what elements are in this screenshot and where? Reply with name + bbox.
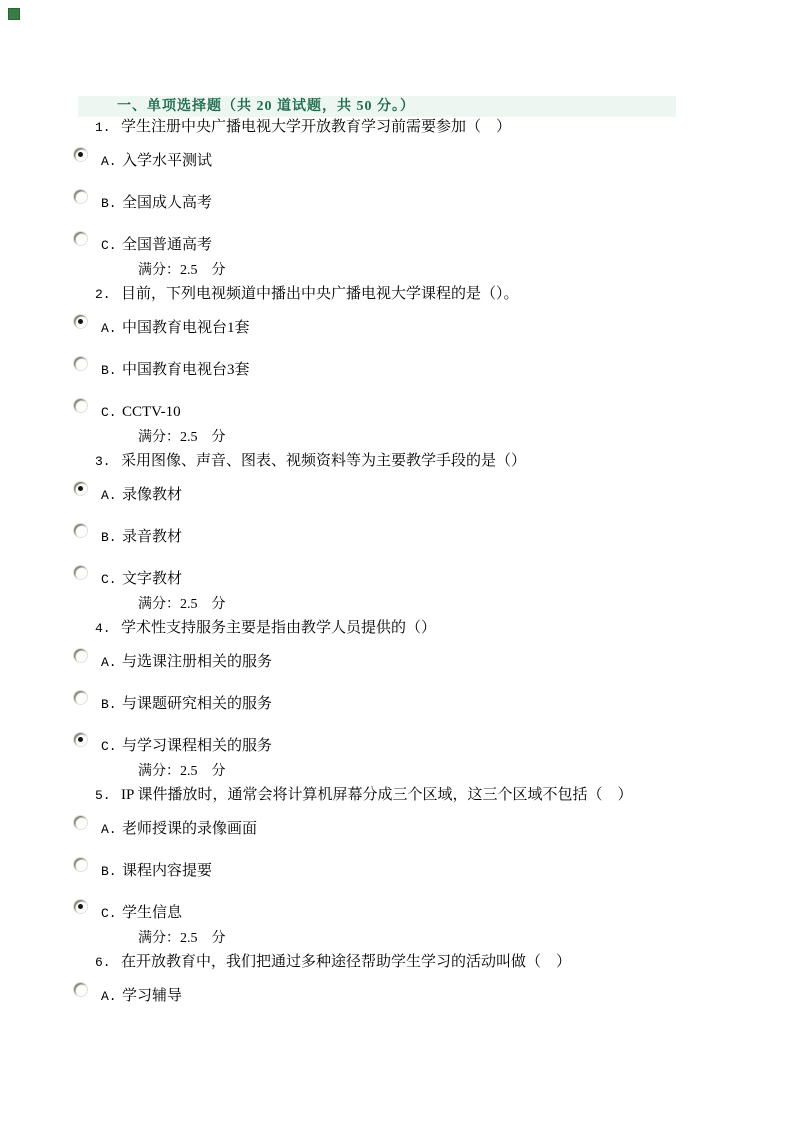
question-number: 6. — [95, 954, 121, 971]
radio-button[interactable] — [74, 190, 87, 203]
question-text: 采用图像、声音、图表、视频资料等为主要教学手段的是（） — [121, 453, 526, 469]
radio-button[interactable] — [74, 733, 87, 746]
question-block: 2.目前，下列电视频道中播出中央广播电视大学课程的是（）。 A.中国教育电视台1… — [0, 286, 794, 446]
option-text: 课程内容提要 — [122, 863, 212, 879]
option-row: C.学生信息 — [0, 905, 794, 922]
document-page: 一、单项选择题（共 20 道试题，共 50 分。） 1.学生注册中央广播电视大学… — [0, 0, 794, 1123]
score-line: 满分：2.5 分 — [0, 430, 794, 446]
question-list: 1.学生注册中央广播电视大学开放教育学习前需要参加（ ） A.入学水平测试 B.… — [0, 119, 794, 1012]
option-text: 全国成人高考 — [122, 195, 212, 211]
option-row: B.全国成人高考 — [0, 195, 794, 212]
option-text: 与课题研究相关的服务 — [122, 696, 272, 712]
radio-button[interactable] — [74, 232, 87, 245]
radio-button[interactable] — [74, 482, 87, 495]
question-text: 学生注册中央广播电视大学开放教育学习前需要参加（ ） — [121, 119, 511, 135]
option-letter: B. — [101, 696, 122, 713]
option-text: 与学习课程相关的服务 — [122, 738, 272, 754]
question-block: 3.采用图像、声音、图表、视频资料等为主要教学手段的是（） A.录像教材 B.录… — [0, 453, 794, 613]
question: 3.采用图像、声音、图表、视频资料等为主要教学手段的是（） — [0, 453, 794, 470]
option-row: C.文字教材 — [0, 571, 794, 588]
option-text: 录像教材 — [122, 487, 182, 503]
option-letter: A. — [101, 487, 122, 504]
question-number: 1. — [95, 119, 121, 136]
option-letter: A. — [101, 153, 122, 170]
option-row: C.CCTV-10 — [0, 404, 794, 421]
option-row: A.学习辅导 — [0, 988, 794, 1005]
option-letter: B. — [101, 362, 122, 379]
option-row: A.录像教材 — [0, 487, 794, 504]
option-letter: B. — [101, 863, 122, 880]
question-text: 目前，下列电视频道中播出中央广播电视大学课程的是（）。 — [121, 286, 519, 302]
question-text: 学术性支持服务主要是指由教学人员提供的（） — [121, 620, 436, 636]
option-letter: C. — [101, 404, 122, 421]
question-number: 5. — [95, 787, 121, 804]
option-text: CCTV-10 — [122, 404, 181, 420]
question-number: 4. — [95, 620, 121, 637]
score-line: 满分：2.5 分 — [0, 764, 794, 780]
option-row: C.全国普通高考 — [0, 237, 794, 254]
score-line: 满分：2.5 分 — [0, 931, 794, 947]
option-text: 中国教育电视台1套 — [122, 320, 250, 336]
radio-button[interactable] — [74, 900, 87, 913]
question-block: 4.学术性支持服务主要是指由教学人员提供的（） A.与选课注册相关的服务 B.与… — [0, 620, 794, 780]
question: 6.在开放教育中，我们把通过多种途径帮助学生学习的活动叫做（ ） — [0, 954, 794, 971]
green-marker-icon — [8, 8, 20, 20]
option-letter: C. — [101, 237, 122, 254]
question: 2.目前，下列电视频道中播出中央广播电视大学课程的是（）。 — [0, 286, 794, 303]
question: 1.学生注册中央广播电视大学开放教育学习前需要参加（ ） — [0, 119, 794, 136]
option-letter: A. — [101, 654, 122, 671]
radio-button[interactable] — [74, 566, 87, 579]
radio-button[interactable] — [74, 524, 87, 537]
question: 4.学术性支持服务主要是指由教学人员提供的（） — [0, 620, 794, 637]
option-text: 老师授课的录像画面 — [122, 821, 257, 837]
option-row: B.与课题研究相关的服务 — [0, 696, 794, 713]
radio-button[interactable] — [74, 983, 87, 996]
option-text: 文字教材 — [122, 571, 182, 587]
option-text: 入学水平测试 — [122, 153, 212, 169]
option-letter: A. — [101, 988, 122, 1005]
option-letter: C. — [101, 738, 122, 755]
option-text: 录音教材 — [122, 529, 182, 545]
option-text: 全国普通高考 — [122, 237, 212, 253]
radio-button[interactable] — [74, 148, 87, 161]
question: 5.IP 课件播放时，通常会将计算机屏幕分成三个区域，这三个区域不包括（ ） — [0, 787, 794, 804]
option-letter: C. — [101, 571, 122, 588]
score-line: 满分：2.5 分 — [0, 597, 794, 613]
section-header: 一、单项选择题（共 20 道试题，共 50 分。） — [78, 96, 676, 117]
option-text: 学生信息 — [122, 905, 182, 921]
question-block: 6.在开放教育中，我们把通过多种途径帮助学生学习的活动叫做（ ） A.学习辅导 — [0, 954, 794, 1005]
radio-button[interactable] — [74, 858, 87, 871]
option-letter: C. — [101, 905, 122, 922]
option-row: B.录音教材 — [0, 529, 794, 546]
option-text: 与选课注册相关的服务 — [122, 654, 272, 670]
option-text: 中国教育电视台3套 — [122, 362, 250, 378]
question-number: 3. — [95, 453, 121, 470]
option-letter: A. — [101, 320, 122, 337]
option-text: 学习辅导 — [122, 988, 182, 1004]
question-block: 5.IP 课件播放时，通常会将计算机屏幕分成三个区域，这三个区域不包括（ ） A… — [0, 787, 794, 947]
question-text: 在开放教育中，我们把通过多种途径帮助学生学习的活动叫做（ ） — [121, 954, 571, 970]
radio-button[interactable] — [74, 399, 87, 412]
radio-button[interactable] — [74, 315, 87, 328]
option-row: C.与学习课程相关的服务 — [0, 738, 794, 755]
radio-button[interactable] — [74, 357, 87, 370]
radio-button[interactable] — [74, 816, 87, 829]
option-letter: A. — [101, 821, 122, 838]
radio-button[interactable] — [74, 649, 87, 662]
option-row: A.入学水平测试 — [0, 153, 794, 170]
option-letter: B. — [101, 195, 122, 212]
option-letter: B. — [101, 529, 122, 546]
score-line: 满分：2.5 分 — [0, 263, 794, 279]
question-text: IP 课件播放时，通常会将计算机屏幕分成三个区域，这三个区域不包括（ ） — [121, 787, 633, 803]
question-block: 1.学生注册中央广播电视大学开放教育学习前需要参加（ ） A.入学水平测试 B.… — [0, 119, 794, 279]
radio-button[interactable] — [74, 691, 87, 704]
option-row: B.课程内容提要 — [0, 863, 794, 880]
question-number: 2. — [95, 286, 121, 303]
option-row: A.老师授课的录像画面 — [0, 821, 794, 838]
option-row: A.与选课注册相关的服务 — [0, 654, 794, 671]
option-row: A.中国教育电视台1套 — [0, 320, 794, 337]
option-row: B.中国教育电视台3套 — [0, 362, 794, 379]
